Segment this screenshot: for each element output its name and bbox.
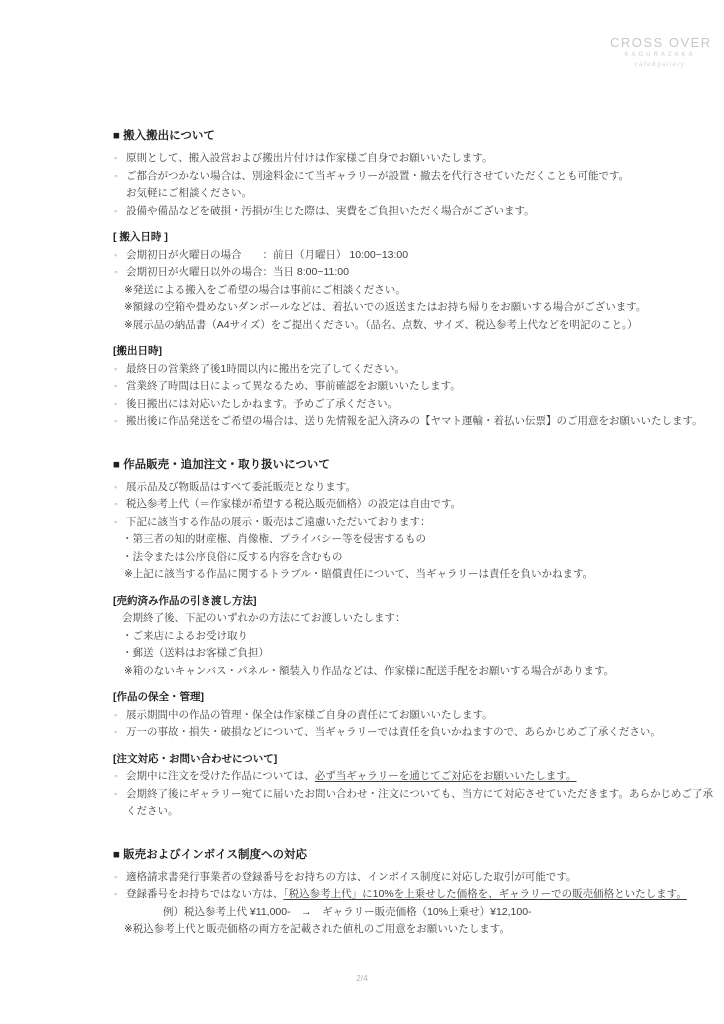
bullet-icon: ◦	[114, 203, 117, 221]
section-sales-handling: ■ 作品販売・追加注文・取り扱いについて ◦展示品及び物販品はすべて委託販売とな…	[113, 457, 713, 821]
doc-line: ※上記に該当する作品に関するトラブル・賠償責任について、当ギャラリーは責任を負い…	[113, 566, 713, 584]
doc-line: ◦会期初日が火曜日以外の場合：当日 8:00~11:00	[113, 264, 713, 282]
line-text: 搬出後に作品発送をご希望の場合は、送り先情報を記入済みの【ヤマト運輸・着払い伝票…	[126, 415, 703, 427]
line-text: 会期終了後にギャラリー宛てに届いたお問い合わせ・注文についても、当方にて対応させ…	[126, 788, 713, 800]
bullet-icon: ◦	[114, 361, 117, 379]
line-text: ・法令または公序良俗に反する内容を含むもの	[122, 551, 343, 563]
line-text: 展示期間中の作品の管理・保全は作家様ご自身の責任にてお願いいたします。	[126, 709, 493, 721]
doc-line: ※税込参考上代と販売価格の両方を記載された値札のご用意をお願いいたします。	[113, 921, 713, 939]
bullet-icon: ◦	[114, 264, 117, 282]
bullet-icon: ◦	[114, 724, 117, 742]
line-text: ※発送による搬入をご希望の場合は事前にご相談ください。	[124, 284, 406, 296]
line-text: 原則として、搬入設営および搬出片付けは作家様ご自身でお願いいたします。	[126, 152, 492, 164]
bullet-icon: ◦	[114, 768, 117, 786]
doc-line: ◦原則として、搬入設営および搬出片付けは作家様ご自身でお願いいたします。	[113, 150, 713, 168]
doc-line: ・第三者の知的財産権、肖像権、プライバシー等を侵害するもの	[113, 531, 713, 549]
line-text: ※税込参考上代と販売価格の両方を記載された値札のご用意をお願いいたします。	[124, 923, 510, 935]
line-text: ※箱のないキャンバス・パネル・額装入り作品などは、作家様に配送手配をお願いする場…	[124, 665, 614, 677]
section-heading: ■ 搬入搬出について	[113, 128, 713, 145]
line-text: 最終日の営業終了後1時間以内に搬出を完了してください。	[126, 363, 405, 375]
document-page: CROSS OVER KAGURAZAKA cafe&gallery ■ 搬入搬…	[0, 0, 724, 1024]
bullet-icon: ◦	[114, 378, 117, 396]
doc-line: ◦登録番号をお持ちではない方は、「税込参考上代」に10%を上乗せした価格を、ギャ…	[113, 886, 713, 904]
doc-line: ◦万一の事故・損失・破損などについて、当ギャラリーでは責任を負いかねますので、あ…	[113, 724, 713, 742]
line-text: ※額縁の空箱や畳めないダンボールなどは、着払いでの返送またはお持ち帰りをお願いす…	[124, 301, 646, 313]
line-text: 万一の事故・損失・破損などについて、当ギャラリーでは責任を負いかねますので、あら…	[126, 726, 661, 738]
bullet-icon: ◦	[114, 413, 117, 431]
doc-line: ◦適格請求書発行事業者の登録番号をお持ちの方は、インボイス制度に対応した取引が可…	[113, 869, 713, 887]
doc-line: ◦最終日の営業終了後1時間以内に搬出を完了してください。	[113, 361, 713, 379]
line-text: 例）税込参考上代 ¥11,000- → ギャラリー販売価格（10%上乗せ）¥12…	[163, 906, 532, 918]
section-invoice-system: ■ 販売およびインボイス制度への対応 ◦適格請求書発行事業者の登録番号をお持ちの…	[113, 847, 713, 939]
doc-line: お気軽にご相談ください。	[113, 185, 713, 203]
line-text: ・第三者の知的財産権、肖像権、プライバシー等を侵害するもの	[122, 533, 426, 545]
block-general: ◦原則として、搬入設営および搬出片付けは作家様ご自身でお願いいたします。 ◦ご都…	[113, 150, 713, 220]
doc-line: 会期終了後、下記のいずれかの方法にてお渡しいたします：	[113, 610, 713, 628]
doc-line: ◦ご都合がつかない場合は、別途料金にて当ギャラリーが設置・撤去を代行させていただ…	[113, 168, 713, 186]
line-text: 営業終了時間は日によって異なるため、事前確認をお願いいたします。	[126, 380, 461, 392]
bullet-icon: ◦	[114, 514, 117, 532]
gallery-logo: CROSS OVER KAGURAZAKA cafe&gallery	[610, 36, 710, 68]
doc-line: ◦下記に該当する作品の展示・販売はご遠慮いただいております：	[113, 514, 713, 532]
bullet-icon: ◦	[114, 496, 117, 514]
logo-subtitle: KAGURAZAKA	[610, 52, 710, 59]
section-carry-in-out: ■ 搬入搬出について ◦原則として、搬入設営および搬出片付けは作家様ご自身でお願…	[113, 128, 713, 431]
bullet-icon: ◦	[114, 886, 117, 904]
line-text: 適格請求書発行事業者の登録番号をお持ちの方は、インボイス制度に対応した取引が可能…	[126, 871, 577, 883]
line-text-underlined: 必ず当ギャラリーを通じてご対応をお願いいたします。	[315, 770, 577, 782]
logo-tagline: cafe&gallery	[610, 62, 710, 69]
line-text: お気軽にご相談ください。	[126, 187, 252, 199]
sub-heading: [作品の保全・管理]	[113, 689, 713, 707]
doc-line: ◦税込参考上代（＝作家様が希望する税込販売価格）の設定は自由です。	[113, 496, 713, 514]
line-text: ・ご来店によるお受け取り	[122, 630, 248, 642]
block-sales-general: ◦展示品及び物販品はすべて委託販売となります。 ◦税込参考上代（＝作家様が希望す…	[113, 479, 713, 584]
doc-line: ◦営業終了時間は日によって異なるため、事前確認をお願いいたします。	[113, 378, 713, 396]
sub-heading: [ 搬入日時 ]	[113, 229, 713, 247]
doc-line: ◦会期終了後にギャラリー宛てに届いたお問い合わせ・注文についても、当方にて対応さ…	[113, 786, 713, 804]
doc-line: ◦展示期間中の作品の管理・保全は作家様ご自身の責任にてお願いいたします。	[113, 707, 713, 725]
block-sold-work-handover: [売約済み作品の引き渡し方法] 会期終了後、下記のいずれかの方法にてお渡しいたし…	[113, 593, 713, 681]
line-text: ※展示品の納品書（A4サイズ）をご提出ください。（品名、点数、サイズ、税込参考上…	[124, 319, 638, 331]
doc-line: ※額縁の空箱や畳めないダンボールなどは、着払いでの返送またはお持ち帰りをお願いす…	[113, 299, 713, 317]
line-text: 展示品及び物販品はすべて委託販売となります。	[126, 481, 356, 493]
doc-line: 例）税込参考上代 ¥11,000- → ギャラリー販売価格（10%上乗せ）¥12…	[113, 904, 713, 922]
line-text: 会期終了後、下記のいずれかの方法にてお渡しいたします：	[122, 612, 406, 624]
doc-line: ・郵送（送料はお客様ご負担）	[113, 645, 713, 663]
doc-line: ◦会期中に注文を受けた作品については、必ず当ギャラリーを通じてご対応をお願いいた…	[113, 768, 713, 786]
line-text: ※上記に該当する作品に関するトラブル・賠償責任について、当ギャラリーは責任を負い…	[124, 568, 593, 580]
doc-line: ◦設備や備品などを破損・汚損が生じた際は、実費をご負担いただく場合がございます。	[113, 203, 713, 221]
bullet-icon: ◦	[114, 396, 117, 414]
block-carry-in-schedule: [ 搬入日時 ] ◦会期初日が火曜日の場合 ：前日（月曜日） 10:00~13:…	[113, 229, 713, 334]
sub-heading: [売約済み作品の引き渡し方法]	[113, 593, 713, 611]
bullet-icon: ◦	[114, 707, 117, 725]
doc-line: ◦会期初日が火曜日の場合 ：前日（月曜日） 10:00~13:00	[113, 247, 713, 265]
doc-line: ※箱のないキャンバス・パネル・額装入り作品などは、作家様に配送手配をお願いする場…	[113, 663, 713, 681]
line-text: 後日搬出には対応いたしかねます。予めご了承ください。	[126, 398, 398, 410]
line-text: 登録番号をお持ちではない方は、	[126, 888, 283, 900]
line-text: 会期初日が火曜日の場合 ：前日（月曜日） 10:00~13:00	[126, 249, 408, 261]
section-heading: ■ 販売およびインボイス制度への対応	[113, 847, 713, 864]
line-text: ・郵送（送料はお客様ご負担）	[122, 647, 269, 659]
line-text: 会期初日が火曜日以外の場合：当日 8:00~11:00	[126, 266, 349, 278]
line-text: 税込参考上代（＝作家様が希望する税込販売価格）の設定は自由です。	[126, 498, 461, 510]
sub-heading: [搬出日時]	[113, 343, 713, 361]
sub-heading: [注文対応・お問い合わせについて]	[113, 751, 713, 769]
doc-line: ※展示品の納品書（A4サイズ）をご提出ください。（品名、点数、サイズ、税込参考上…	[113, 317, 713, 335]
line-text-underlined: 「税込参考上代」に10%を上乗せした価格を、ギャラリーでの販売価格といたします。	[283, 888, 686, 900]
block-carry-out-schedule: [搬出日時] ◦最終日の営業終了後1時間以内に搬出を完了してください。 ◦営業終…	[113, 343, 713, 431]
doc-line: ◦搬出後に作品発送をご希望の場合は、送り先情報を記入済みの【ヤマト運輸・着払い伝…	[113, 413, 713, 431]
block-orders-inquiries: [注文対応・お問い合わせについて] ◦会期中に注文を受けた作品については、必ず当…	[113, 751, 713, 821]
bullet-icon: ◦	[114, 869, 117, 887]
bullet-icon: ◦	[114, 247, 117, 265]
doc-line: ※発送による搬入をご希望の場合は事前にご相談ください。	[113, 282, 713, 300]
doc-line: ◦展示品及び物販品はすべて委託販売となります。	[113, 479, 713, 497]
page-number: 2/4	[0, 973, 724, 983]
block-work-care: [作品の保全・管理] ◦展示期間中の作品の管理・保全は作家様ご自身の責任にてお願…	[113, 689, 713, 742]
bullet-icon: ◦	[114, 168, 117, 186]
line-text: ご都合がつかない場合は、別途料金にて当ギャラリーが設置・撤去を代行させていただく…	[126, 170, 629, 182]
bullet-icon: ◦	[114, 150, 117, 168]
doc-line: ・ご来店によるお受け取り	[113, 628, 713, 646]
section-heading: ■ 作品販売・追加注文・取り扱いについて	[113, 457, 713, 474]
line-text: 設備や備品などを破損・汚損が生じた際は、実費をご負担いただく場合がございます。	[126, 205, 535, 217]
bullet-icon: ◦	[114, 786, 117, 804]
line-text: ください。	[126, 805, 179, 817]
block-invoice: ◦適格請求書発行事業者の登録番号をお持ちの方は、インボイス制度に対応した取引が可…	[113, 869, 713, 939]
bullet-icon: ◦	[114, 479, 117, 497]
doc-line: ・法令または公序良俗に反する内容を含むもの	[113, 549, 713, 567]
document-content: ■ 搬入搬出について ◦原則として、搬入設営および搬出片付けは作家様ご自身でお願…	[113, 128, 713, 939]
doc-line: ください。	[113, 803, 713, 821]
logo-title: CROSS OVER	[610, 36, 710, 50]
line-text: 会期中に注文を受けた作品については、	[126, 770, 315, 782]
doc-line: ◦後日搬出には対応いたしかねます。予めご了承ください。	[113, 396, 713, 414]
line-text: 下記に該当する作品の展示・販売はご遠慮いただいております：	[126, 516, 431, 528]
